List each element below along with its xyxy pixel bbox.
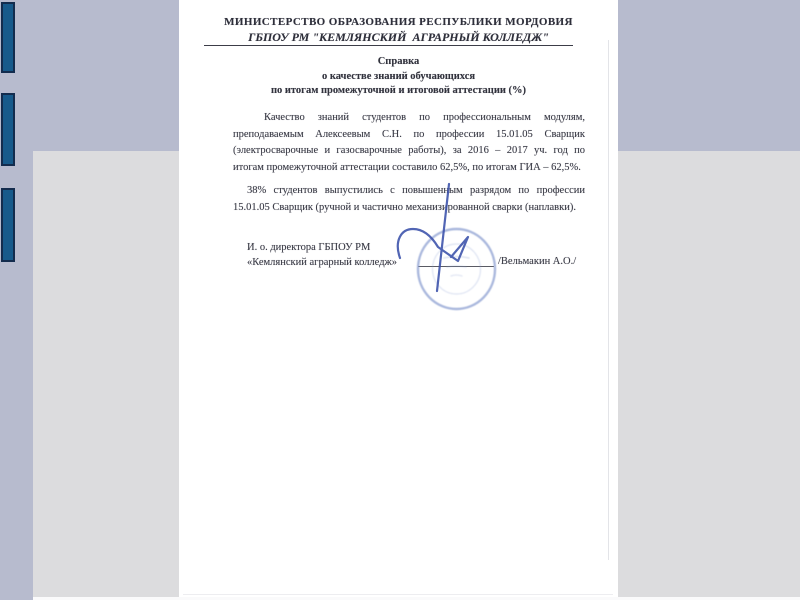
signature-underline	[418, 258, 494, 267]
document-body: Качество знаний студентов по профессиона…	[233, 110, 585, 216]
left-accent-bar-2	[1, 93, 15, 166]
paragraph-1: Качество знаний студентов по профессиона…	[233, 110, 585, 176]
left-accent-bar-1	[1, 2, 15, 73]
left-accent-bar-3	[1, 188, 15, 262]
paragraph-2-line: 38% студентов выпустились с повышенным р…	[233, 183, 585, 200]
paragraph-1-line: Качество знаний студентов по профессиона…	[233, 110, 585, 127]
header-rule	[204, 31, 573, 46]
document-title: Справка о качестве знаний обучающихся по…	[179, 55, 618, 99]
title-line-2: о качестве знаний обучающихся	[179, 70, 618, 85]
signature-role-line-1: И. о. директора ГБПОУ РМ	[247, 240, 397, 255]
paragraph-1-line: преподаваемым Алексеевым С.Н. по професс…	[233, 127, 585, 144]
stamp-icon	[418, 229, 495, 309]
signature-role-line-2: «Кемлянский аграрный колледж»	[247, 255, 397, 270]
signature-name: /Вельмакин А.О./	[498, 254, 576, 269]
slide-background: МИНИСТЕРСТВО ОБРАЗОВАНИЯ РЕСПУБЛИКИ МОРД…	[0, 0, 800, 600]
title-line-3: по итогам промежуточной и итоговой аттес…	[179, 84, 618, 99]
ministry-name: МИНИСТЕРСТВО ОБРАЗОВАНИЯ РЕСПУБЛИКИ МОРД…	[179, 16, 618, 29]
title-line-1: Справка	[179, 55, 618, 70]
signature-role: И. о. директора ГБПОУ РМ «Кемлянский агр…	[247, 240, 397, 270]
paragraph-1-line: итогам промежуточной аттестации составил…	[233, 160, 585, 177]
scanned-document-page: МИНИСТЕРСТВО ОБРАЗОВАНИЯ РЕСПУБЛИКИ МОРД…	[179, 0, 618, 597]
paragraph-1-line: (электросварочные и газосварочные работы…	[233, 143, 585, 160]
scan-bottom-shadow	[183, 594, 613, 595]
paragraph-2-line: 15.01.05 Сварщик (ручной и частично меха…	[233, 200, 585, 217]
scan-edge-shadow	[608, 40, 609, 560]
paragraph-2: 38% студентов выпустились с повышенным р…	[233, 183, 585, 216]
